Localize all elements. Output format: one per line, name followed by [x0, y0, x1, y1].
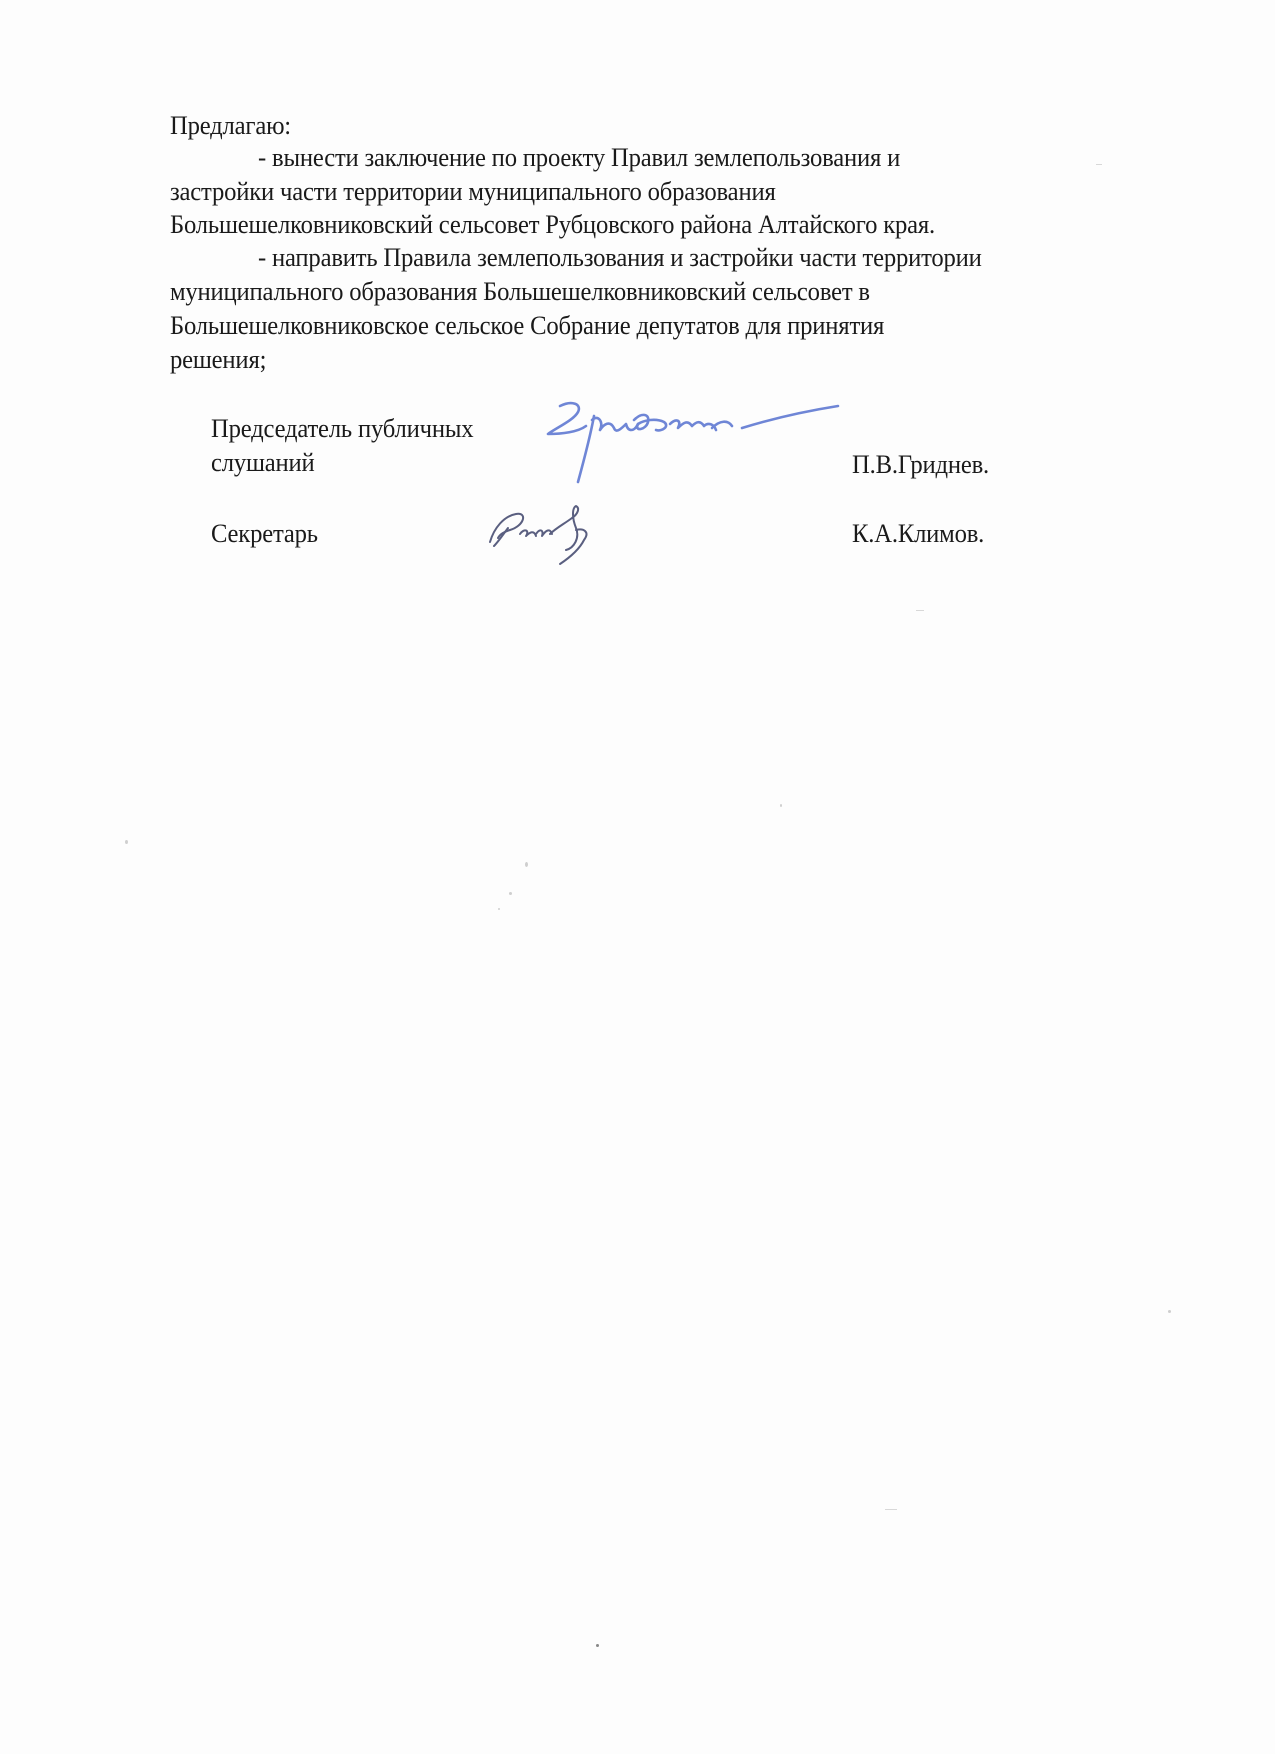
- signer-role: Секретарь: [211, 520, 318, 547]
- proposal-line: решения;: [170, 346, 266, 373]
- proposal-line: застройки части территории муниципальног…: [170, 178, 776, 205]
- scan-mark: [1096, 164, 1102, 165]
- proposal-line: муниципального образования Большешелковн…: [170, 278, 870, 305]
- scan-speck: [509, 892, 512, 895]
- handwritten-signature-icon: [480, 498, 630, 572]
- scan-speck: [780, 804, 782, 807]
- signer-name: П.В.Гриднев.: [852, 451, 989, 478]
- signer-role: слушаний: [211, 449, 315, 476]
- proposal-line: - вынести заключение по проекту Правил з…: [258, 144, 900, 171]
- document-page: Предлагаю: - вынести заключение по проек…: [0, 0, 1275, 1754]
- proposal-line: Большешелковниковский сельсовет Рубцовск…: [170, 211, 935, 238]
- scan-mark: [885, 1509, 897, 1510]
- proposal-line: - направить Правила землепользования и з…: [258, 244, 982, 271]
- scan-speck: [125, 840, 128, 844]
- scan-speck: [1168, 1310, 1171, 1313]
- proposal-heading: Предлагаю:: [170, 112, 291, 139]
- proposal-line: Большешелковниковское сельское Собрание …: [170, 312, 884, 339]
- scan-speck: [525, 862, 528, 867]
- scan-speck: [498, 908, 500, 910]
- scan-mark: [916, 610, 924, 611]
- signer-role: Председатель публичных: [211, 415, 473, 442]
- handwritten-signature-icon: [538, 398, 878, 488]
- signer-name: К.А.Климов.: [852, 520, 984, 547]
- scan-speck: [596, 1644, 599, 1647]
